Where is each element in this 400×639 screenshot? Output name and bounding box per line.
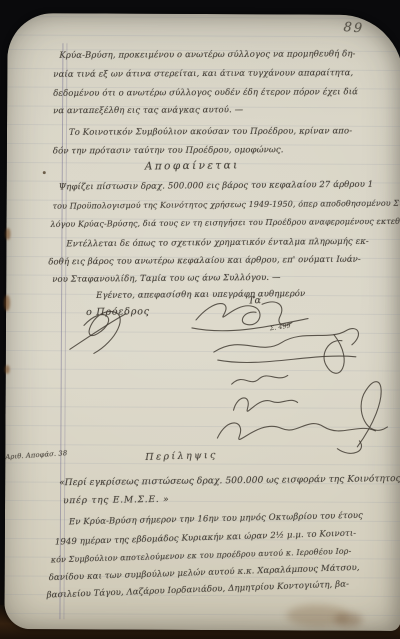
handwritten-line: κόν Συμβούλιον αποτελούμενον εκ του προέ… — [51, 547, 352, 565]
handwritten-line: δόν την πρότασιν ταύτην του Προέδρου, ομ… — [53, 145, 284, 156]
president-label: ο Πρόεδρος — [86, 306, 150, 318]
section-heading-apofainetai: Αποφαίνεται — [145, 159, 240, 172]
margin-rule — [59, 43, 67, 619]
handwritten-line: να ανταπεξέλθη εις τας ανάγκας αυτού. — — [53, 105, 243, 116]
signature-member-5 — [217, 423, 375, 440]
handwritten-line: 1949 ημέραν της εβδομάδος Κυριακήν και ώ… — [55, 529, 357, 548]
summary-line: «Περί εγκρίσεως πιστώσεως δραχ. 500.000 … — [59, 474, 400, 488]
margin-decision-number: Αριθ. Αποφάσ. 38 — [5, 449, 67, 461]
signature-member-1 — [196, 303, 260, 324]
signature-annotation: Σ. 499 — [268, 322, 291, 333]
handwritten-line: βασιλείου Τάγου, Λαζάρου Ιορδανιάδου, Δη… — [47, 579, 350, 600]
signature-member-5-loop — [357, 382, 387, 447]
photo-of-ledger-page: 89 Κρύα-Βρύση, προκειμένου ο ανωτέρω σύλ… — [0, 0, 400, 639]
manuscript-page: 89 Κρύα-Βρύση, προκειμένου ο ανωτέρω σύλ… — [4, 13, 400, 631]
handwritten-line: ναία τινά εξ ων άτινα στερείται, και άτι… — [53, 68, 353, 80]
signature-member-2-underline — [218, 355, 356, 363]
handwritten-line: δοθή εις βάρος του ανωτέρω κεφαλαίου και… — [48, 255, 361, 268]
bottom-stain — [286, 604, 348, 626]
handwritten-line: δεδομένου ότι ο ανωτέρω σύλλογος ουδέν έ… — [53, 87, 358, 99]
signature-member-4 — [234, 398, 298, 412]
edge-stain — [4, 295, 10, 311]
signature-member-1-tail — [262, 302, 292, 325]
closing-formula: Εγένετο, απεφασίσθη και υπεγράφη αυθημερ… — [96, 289, 305, 301]
handwritten-line: Εν Κρύα-Βρύση σήμερον την 16ην του μηνός… — [69, 511, 363, 528]
signature-member-2-loop — [324, 335, 344, 374]
handwritten-line: νου Σταφανουλίδη, Ταμία του ως άνω Συλλό… — [52, 273, 280, 285]
edge-stain — [5, 228, 10, 240]
handwritten-line: Κρύα-Βρύση, προκειμένου ο ανωτέρω σύλλογ… — [59, 49, 355, 61]
handwritten-line: Ψηφίζει πίστωσιν δραχ. 500.000 εις βάρος… — [59, 180, 374, 193]
bottom-stain — [334, 613, 362, 627]
signature-member-1-underline — [192, 318, 308, 331]
handwritten-line: του Προϋπολογισμού της Κοινότητος χρήσεω… — [53, 199, 400, 211]
signature-president-flourish — [70, 313, 126, 349]
signature-member-3 — [232, 375, 288, 384]
members-label: Τα — [248, 295, 261, 306]
page-number: 89 — [343, 20, 365, 36]
signature-member-2 — [214, 328, 359, 353]
edge-stain — [5, 365, 10, 374]
ink-speck — [43, 171, 46, 174]
summary-line: υπέρ της Ε.Μ.Σ.Ε. » — [63, 495, 169, 506]
handwritten-line: Εντέλλεται δε όπως το σχετικόν χρηματικό… — [66, 237, 369, 250]
signatures-block: Σ. 499 — [45, 297, 396, 461]
section-heading-perilipsis: Περίληψις — [145, 450, 218, 463]
handwritten-line: Το Κοινοτικόν Συμβούλιον ακούσαν του Προ… — [69, 126, 352, 137]
handwritten-line: λόγου Κρύας-Βρύσης, διά τους εν τη εισηγ… — [50, 217, 400, 229]
signature-member-5-curl — [337, 441, 361, 454]
